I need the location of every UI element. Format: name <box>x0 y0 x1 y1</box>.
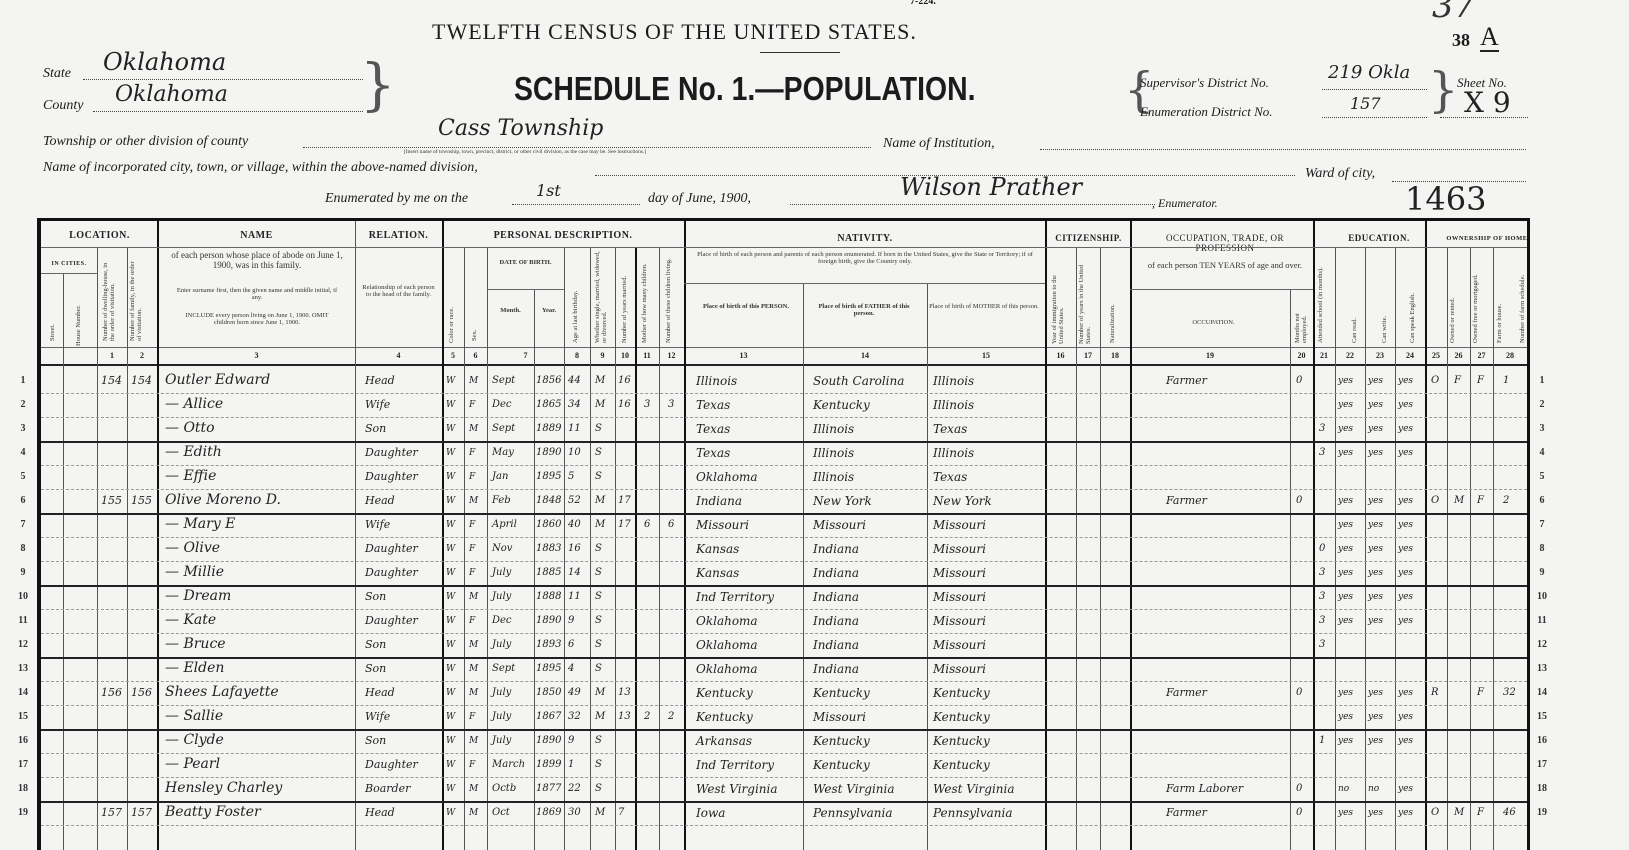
birthplace-father[interactable]: Kentucky <box>813 686 870 700</box>
color[interactable]: W <box>446 568 455 578</box>
age[interactable]: 1 <box>568 759 574 770</box>
mother-children[interactable]: 2 <box>644 711 650 722</box>
farm-house[interactable]: F <box>1477 687 1484 698</box>
school-months[interactable]: 3 <box>1319 615 1325 626</box>
speak-english[interactable]: yes <box>1398 424 1413 434</box>
years-married[interactable]: 13 <box>618 687 631 698</box>
years-married[interactable]: 16 <box>618 399 631 410</box>
speak-english[interactable]: yes <box>1398 544 1413 554</box>
speak-english[interactable]: yes <box>1398 568 1413 578</box>
person-name[interactable]: — Pearl <box>165 756 220 772</box>
speak-english[interactable]: yes <box>1398 592 1413 602</box>
months-unemployed[interactable]: 0 <box>1296 687 1302 698</box>
relation[interactable]: Daughter <box>365 470 418 483</box>
marital-status[interactable]: M <box>595 495 605 506</box>
sex[interactable]: M <box>469 784 478 794</box>
farm-schedule-number[interactable]: 46 <box>1503 807 1516 818</box>
institution-field[interactable] <box>1040 132 1526 150</box>
sex[interactable]: M <box>469 736 478 746</box>
birthplace-person[interactable]: Texas <box>696 422 730 436</box>
birthplace-person[interactable]: West Virginia <box>696 782 778 796</box>
age[interactable]: 16 <box>568 543 581 554</box>
farm-house[interactable]: F <box>1477 495 1484 506</box>
sex[interactable]: F <box>469 712 475 722</box>
birth-month[interactable]: Dec <box>492 399 512 410</box>
birthplace-mother[interactable]: Kentucky <box>933 710 990 724</box>
speak-english[interactable]: yes <box>1398 520 1413 530</box>
birthplace-person[interactable]: Ind Territory <box>696 590 774 604</box>
speak-english[interactable]: yes <box>1398 784 1413 794</box>
color[interactable]: W <box>446 400 455 410</box>
years-married[interactable]: 17 <box>618 519 631 530</box>
relation[interactable]: Head <box>365 806 395 819</box>
marital-status[interactable]: M <box>595 711 605 722</box>
relation[interactable]: Son <box>365 422 386 435</box>
sex[interactable]: F <box>469 448 475 458</box>
marital-status[interactable]: M <box>595 687 605 698</box>
school-months[interactable]: 0 <box>1319 543 1325 554</box>
sex[interactable]: M <box>469 640 478 650</box>
months-unemployed[interactable]: 0 <box>1296 807 1302 818</box>
can-read[interactable]: yes <box>1338 736 1353 746</box>
sex[interactable]: M <box>469 664 478 674</box>
age[interactable]: 4 <box>568 663 574 674</box>
birthplace-person[interactable]: Ind Territory <box>696 758 774 772</box>
person-name[interactable]: — Elden <box>165 660 224 676</box>
birth-month[interactable]: Octb <box>492 783 516 794</box>
sheet-field[interactable]: X 9 <box>1440 100 1528 118</box>
sex[interactable]: F <box>469 568 475 578</box>
farm-schedule-number[interactable]: 2 <box>1503 495 1509 506</box>
age[interactable]: 9 <box>568 615 574 626</box>
children-living[interactable]: 2 <box>668 711 674 722</box>
marital-status[interactable]: M <box>595 519 605 530</box>
birthplace-father[interactable]: Pennsylvania <box>813 806 893 820</box>
birthplace-person[interactable]: Kentucky <box>696 710 753 724</box>
birthplace-mother[interactable]: Illinois <box>933 374 974 388</box>
children-living[interactable]: 3 <box>668 399 674 410</box>
color[interactable]: W <box>446 664 455 674</box>
relation[interactable]: Son <box>365 662 386 675</box>
marital-status[interactable]: S <box>595 447 602 458</box>
can-read[interactable]: yes <box>1338 376 1353 386</box>
speak-english[interactable]: yes <box>1398 496 1413 506</box>
can-write[interactable]: yes <box>1368 568 1383 578</box>
sex[interactable]: M <box>469 592 478 602</box>
can-write[interactable]: no <box>1368 784 1379 794</box>
birth-month[interactable]: Nov <box>492 543 512 554</box>
marital-status[interactable]: S <box>595 639 602 650</box>
birthplace-mother[interactable]: Missouri <box>933 614 986 628</box>
birth-month[interactable]: July <box>492 567 511 578</box>
can-read[interactable]: yes <box>1338 520 1353 530</box>
color[interactable]: W <box>446 424 455 434</box>
enumerator-field[interactable]: Wilson Prather <box>790 187 1155 205</box>
person-name[interactable]: — Dream <box>165 588 231 604</box>
sex[interactable]: F <box>469 400 475 410</box>
relation[interactable]: Daughter <box>365 446 418 459</box>
person-name[interactable]: — Olive <box>165 540 220 556</box>
can-read[interactable]: no <box>1338 784 1349 794</box>
can-write[interactable]: yes <box>1368 448 1383 458</box>
school-months[interactable]: 1 <box>1319 735 1325 746</box>
color[interactable]: W <box>446 760 455 770</box>
can-read[interactable]: yes <box>1338 568 1353 578</box>
school-months[interactable]: 3 <box>1319 639 1325 650</box>
birth-month[interactable]: April <box>492 519 517 530</box>
owned-rented[interactable]: O <box>1431 375 1439 386</box>
age[interactable]: 30 <box>568 807 581 818</box>
farm-house[interactable]: F <box>1477 375 1484 386</box>
marital-status[interactable]: S <box>595 591 602 602</box>
birthplace-father[interactable]: West Virginia <box>813 782 895 796</box>
marital-status[interactable]: S <box>595 543 602 554</box>
birthplace-mother[interactable]: West Virginia <box>933 782 1015 796</box>
age[interactable]: 14 <box>568 567 581 578</box>
birth-year[interactable]: 1848 <box>536 495 561 506</box>
sex[interactable]: M <box>469 376 478 386</box>
marital-status[interactable]: S <box>595 759 602 770</box>
marital-status[interactable]: S <box>595 471 602 482</box>
birth-month[interactable]: Sept <box>492 423 515 434</box>
birthplace-mother[interactable]: Kentucky <box>933 686 990 700</box>
person-name[interactable]: Beatty Foster <box>165 804 261 820</box>
birthplace-mother[interactable]: Texas <box>933 422 967 436</box>
birth-month[interactable]: Sept <box>492 663 515 674</box>
age[interactable]: 52 <box>568 495 581 506</box>
marital-status[interactable]: M <box>595 399 605 410</box>
sex[interactable]: M <box>469 688 478 698</box>
birthplace-mother[interactable]: Missouri <box>933 542 986 556</box>
birthplace-person[interactable]: Oklahoma <box>696 662 758 676</box>
speak-english[interactable]: yes <box>1398 808 1413 818</box>
relation[interactable]: Daughter <box>365 614 418 627</box>
marital-status[interactable]: S <box>595 615 602 626</box>
birthplace-person[interactable]: Illinois <box>696 374 737 388</box>
relation[interactable]: Wife <box>365 398 390 411</box>
relation[interactable]: Head <box>365 494 395 507</box>
birthplace-father[interactable]: Indiana <box>813 566 859 580</box>
occupation[interactable]: Farmer <box>1166 806 1207 819</box>
birth-month[interactable]: July <box>492 735 511 746</box>
birth-year[interactable]: 1883 <box>536 543 561 554</box>
birth-year[interactable]: 1890 <box>536 735 561 746</box>
person-name[interactable]: — Kate <box>165 612 216 628</box>
birth-month[interactable]: July <box>492 591 511 602</box>
color[interactable]: W <box>446 520 455 530</box>
person-name[interactable]: Outler Edward <box>165 372 270 388</box>
age[interactable]: 49 <box>568 687 581 698</box>
birth-year[interactable]: 1895 <box>536 471 561 482</box>
birthplace-mother[interactable]: Missouri <box>933 590 986 604</box>
color[interactable]: W <box>446 448 455 458</box>
person-name[interactable]: — Sallie <box>165 708 223 724</box>
age[interactable]: 11 <box>568 591 581 602</box>
can-write[interactable]: yes <box>1368 376 1383 386</box>
birthplace-person[interactable]: Arkansas <box>696 734 752 748</box>
occupation[interactable]: Farmer <box>1166 686 1207 699</box>
school-months[interactable]: 3 <box>1319 591 1325 602</box>
birthplace-mother[interactable]: Pennsylvania <box>933 806 1013 820</box>
person-name[interactable]: — Allice <box>165 396 223 412</box>
birthplace-father[interactable]: Indiana <box>813 542 859 556</box>
birthplace-father[interactable]: Illinois <box>813 422 854 436</box>
age[interactable]: 10 <box>568 447 581 458</box>
birthplace-person[interactable]: Texas <box>696 446 730 460</box>
school-months[interactable]: 3 <box>1319 423 1325 434</box>
enumerated-day-field[interactable]: 1st <box>512 187 640 205</box>
years-married[interactable]: 7 <box>618 807 624 818</box>
owned-rented[interactable]: O <box>1431 495 1439 506</box>
birthplace-person[interactable]: Texas <box>696 398 730 412</box>
birth-year[interactable]: 1867 <box>536 711 561 722</box>
birthplace-person[interactable]: Oklahoma <box>696 638 758 652</box>
age[interactable]: 22 <box>568 783 581 794</box>
birth-month[interactable]: Feb <box>492 495 511 506</box>
birthplace-father[interactable]: Kentucky <box>813 398 870 412</box>
speak-english[interactable]: yes <box>1398 448 1413 458</box>
free-mortgaged[interactable]: F <box>1454 375 1461 386</box>
birth-year[interactable]: 1893 <box>536 639 561 650</box>
sex[interactable]: F <box>469 472 475 482</box>
years-married[interactable]: 16 <box>618 375 631 386</box>
person-name[interactable]: — Bruce <box>165 636 226 652</box>
sex[interactable]: M <box>469 496 478 506</box>
person-name[interactable]: Shees Lafayette <box>165 684 279 700</box>
birthplace-person[interactable]: Kentucky <box>696 686 753 700</box>
farm-house[interactable]: F <box>1477 807 1484 818</box>
county-field[interactable]: Oklahoma <box>93 94 363 112</box>
birth-year[interactable]: 1860 <box>536 519 561 530</box>
relation[interactable]: Son <box>365 734 386 747</box>
speak-english[interactable]: yes <box>1398 376 1413 386</box>
can-read[interactable]: yes <box>1338 688 1353 698</box>
color[interactable]: W <box>446 496 455 506</box>
birthplace-mother[interactable]: New York <box>933 494 992 508</box>
can-read[interactable]: yes <box>1338 808 1353 818</box>
speak-english[interactable]: yes <box>1398 712 1413 722</box>
color[interactable]: W <box>446 544 455 554</box>
birthplace-mother[interactable]: Illinois <box>933 398 974 412</box>
birthplace-person[interactable]: Kansas <box>696 542 739 556</box>
can-read[interactable]: yes <box>1338 400 1353 410</box>
birth-year[interactable]: 1856 <box>536 375 561 386</box>
enumeration-field[interactable]: 157 <box>1322 100 1427 118</box>
occupation[interactable]: Farmer <box>1166 494 1207 507</box>
township-field[interactable]: Cass Township <box>303 130 871 148</box>
color[interactable]: W <box>446 592 455 602</box>
birthplace-mother[interactable]: Kentucky <box>933 734 990 748</box>
can-write[interactable]: yes <box>1368 688 1383 698</box>
birthplace-person[interactable]: Oklahoma <box>696 614 758 628</box>
months-unemployed[interactable]: 0 <box>1296 495 1302 506</box>
free-mortgaged[interactable]: M <box>1454 495 1464 506</box>
can-write[interactable]: yes <box>1368 616 1383 626</box>
birthplace-father[interactable]: Indiana <box>813 638 859 652</box>
birth-year[interactable]: 1865 <box>536 399 561 410</box>
marital-status[interactable]: S <box>595 567 602 578</box>
color[interactable]: W <box>446 472 455 482</box>
person-name[interactable]: Hensley Charley <box>165 780 282 796</box>
person-name[interactable]: Olive Moreno D. <box>165 492 281 508</box>
relation[interactable]: Son <box>365 638 386 651</box>
relation[interactable]: Boarder <box>365 782 410 795</box>
age[interactable]: 34 <box>568 399 581 410</box>
marital-status[interactable]: M <box>595 375 605 386</box>
can-write[interactable]: yes <box>1368 736 1383 746</box>
can-read[interactable]: yes <box>1338 496 1353 506</box>
sex[interactable]: F <box>469 520 475 530</box>
marital-status[interactable]: S <box>595 663 602 674</box>
person-name[interactable]: — Edith <box>165 444 222 460</box>
relation[interactable]: Daughter <box>365 566 418 579</box>
birthplace-person[interactable]: Indiana <box>696 494 742 508</box>
owned-rented[interactable]: R <box>1431 687 1439 698</box>
birth-year[interactable]: 1869 <box>536 807 561 818</box>
school-months[interactable]: 3 <box>1319 447 1325 458</box>
birthplace-father[interactable]: Missouri <box>813 710 866 724</box>
can-read[interactable]: yes <box>1338 544 1353 554</box>
birthplace-father[interactable]: Illinois <box>813 470 854 484</box>
birthplace-mother[interactable]: Kentucky <box>933 758 990 772</box>
birthplace-mother[interactable]: Illinois <box>933 446 974 460</box>
years-married[interactable]: 13 <box>618 711 631 722</box>
color[interactable]: W <box>446 640 455 650</box>
birthplace-father[interactable]: Indiana <box>813 614 859 628</box>
age[interactable]: 40 <box>568 519 581 530</box>
owned-rented[interactable]: O <box>1431 807 1439 818</box>
can-write[interactable]: yes <box>1368 424 1383 434</box>
birthplace-mother[interactable]: Missouri <box>933 566 986 580</box>
age[interactable]: 11 <box>568 423 581 434</box>
birthplace-father[interactable]: Indiana <box>813 662 859 676</box>
color[interactable]: W <box>446 688 455 698</box>
sex[interactable]: M <box>469 424 478 434</box>
birthplace-mother[interactable]: Missouri <box>933 662 986 676</box>
relation[interactable]: Wife <box>365 518 390 531</box>
marital-status[interactable]: S <box>595 423 602 434</box>
can-write[interactable]: yes <box>1368 808 1383 818</box>
state-field[interactable]: Oklahoma <box>83 62 363 80</box>
marital-status[interactable]: S <box>595 783 602 794</box>
months-unemployed[interactable]: 0 <box>1296 783 1302 794</box>
color[interactable]: W <box>446 712 455 722</box>
relation[interactable]: Daughter <box>365 542 418 555</box>
can-write[interactable]: yes <box>1368 544 1383 554</box>
birth-year[interactable]: 1890 <box>536 615 561 626</box>
speak-english[interactable]: yes <box>1398 616 1413 626</box>
birthplace-person[interactable]: Missouri <box>696 518 749 532</box>
person-name[interactable]: — Otto <box>165 420 215 436</box>
relation[interactable]: Head <box>365 686 395 699</box>
marital-status[interactable]: S <box>595 735 602 746</box>
speak-english[interactable]: yes <box>1398 400 1413 410</box>
person-name[interactable]: — Clyde <box>165 732 224 748</box>
free-mortgaged[interactable]: M <box>1454 807 1464 818</box>
relation[interactable]: Wife <box>365 710 390 723</box>
age[interactable]: 32 <box>568 711 581 722</box>
birthplace-person[interactable]: Oklahoma <box>696 470 758 484</box>
birthplace-mother[interactable]: Texas <box>933 470 967 484</box>
can-write[interactable]: yes <box>1368 592 1383 602</box>
birthplace-father[interactable]: Kentucky <box>813 758 870 772</box>
speak-english[interactable]: yes <box>1398 736 1413 746</box>
birthplace-father[interactable]: Missouri <box>813 518 866 532</box>
occupation[interactable]: Farmer <box>1166 374 1207 387</box>
birth-month[interactable]: Jan <box>492 471 508 482</box>
color[interactable]: W <box>446 616 455 626</box>
relation[interactable]: Son <box>365 590 386 603</box>
birth-year[interactable]: 1899 <box>536 759 561 770</box>
children-living[interactable]: 6 <box>668 519 674 530</box>
color[interactable]: W <box>446 736 455 746</box>
can-write[interactable]: yes <box>1368 712 1383 722</box>
birthplace-father[interactable]: Indiana <box>813 590 859 604</box>
color[interactable]: W <box>446 784 455 794</box>
person-name[interactable]: — Effie <box>165 468 216 484</box>
birthplace-person[interactable]: Kansas <box>696 566 739 580</box>
person-name[interactable]: — Millie <box>165 564 224 580</box>
birth-month[interactable]: Sept <box>492 375 515 386</box>
birth-year[interactable]: 1890 <box>536 447 561 458</box>
sex[interactable]: F <box>469 760 475 770</box>
color[interactable]: W <box>446 376 455 386</box>
can-read[interactable]: yes <box>1338 616 1353 626</box>
birth-year[interactable]: 1850 <box>536 687 561 698</box>
farm-schedule-number[interactable]: 1 <box>1503 375 1509 386</box>
can-read[interactable]: yes <box>1338 448 1353 458</box>
birth-month[interactable]: July <box>492 711 511 722</box>
age[interactable]: 44 <box>568 375 581 386</box>
birth-year[interactable]: 1888 <box>536 591 561 602</box>
months-unemployed[interactable]: 0 <box>1296 375 1302 386</box>
age[interactable]: 5 <box>568 471 574 482</box>
mother-children[interactable]: 3 <box>644 399 650 410</box>
can-write[interactable]: yes <box>1368 496 1383 506</box>
birth-month[interactable]: May <box>492 447 514 458</box>
farm-schedule-number[interactable]: 32 <box>1503 687 1516 698</box>
birth-year[interactable]: 1889 <box>536 423 561 434</box>
birthplace-father[interactable]: Kentucky <box>813 734 870 748</box>
occupation[interactable]: Farm Laborer <box>1166 782 1243 795</box>
birthplace-person[interactable]: Iowa <box>696 806 725 820</box>
sex[interactable]: F <box>469 544 475 554</box>
sex[interactable]: M <box>469 808 478 818</box>
age[interactable]: 9 <box>568 735 574 746</box>
birthplace-father[interactable]: Illinois <box>813 446 854 460</box>
birthplace-mother[interactable]: Missouri <box>933 638 986 652</box>
marital-status[interactable]: M <box>595 807 605 818</box>
age[interactable]: 6 <box>568 639 574 650</box>
birthplace-father[interactable]: South Carolina <box>813 374 904 388</box>
sex[interactable]: F <box>469 616 475 626</box>
birth-year[interactable]: 1877 <box>536 783 561 794</box>
years-married[interactable]: 17 <box>618 495 631 506</box>
relation[interactable]: Head <box>365 374 395 387</box>
birth-month[interactable]: July <box>492 687 511 698</box>
color[interactable]: W <box>446 808 455 818</box>
can-read[interactable]: yes <box>1338 592 1353 602</box>
birth-month[interactable]: July <box>492 639 511 650</box>
person-name[interactable]: — Mary E <box>165 516 235 532</box>
birth-year[interactable]: 1885 <box>536 567 561 578</box>
mother-children[interactable]: 6 <box>644 519 650 530</box>
can-write[interactable]: yes <box>1368 520 1383 530</box>
birth-year[interactable]: 1895 <box>536 663 561 674</box>
school-months[interactable]: 3 <box>1319 567 1325 578</box>
relation[interactable]: Daughter <box>365 758 418 771</box>
speak-english[interactable]: yes <box>1398 688 1413 698</box>
